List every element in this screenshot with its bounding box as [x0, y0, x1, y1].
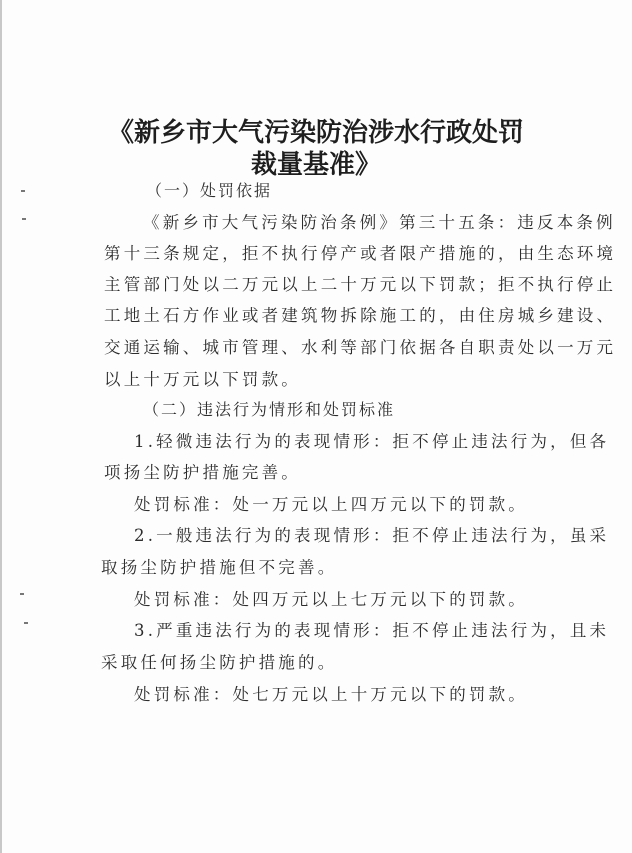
section1-heading: （一）处罚依据: [146, 178, 272, 201]
situation-line: 项扬尘防护措施完善。: [104, 459, 301, 483]
document-title-line2: 裁量基准》: [0, 144, 632, 181]
penalty-line: 处罚标准：处一万元以上四万元以下的罚款。: [134, 491, 528, 515]
paragraph-line: 交通运输、城市管理、水利等部门依据各自职责处以一万元: [104, 334, 616, 358]
paragraph-line: 以上十万元以下罚款。: [104, 366, 301, 390]
paragraph-line: 工地土石方作业或者建筑物拆除施工的，由住房城乡建设、: [104, 302, 616, 326]
situation-line: 取扬尘防护措施但不完善。: [101, 554, 337, 578]
section2-heading: （二）违法行为情形和处罚标准: [143, 397, 395, 420]
paragraph-line: 第十三条规定，拒不执行停产或者限产措施的，由生态环境: [104, 240, 616, 264]
paragraph-line: 《新乡市大气污染防治条例》第三十五条：违反本条例: [143, 209, 616, 233]
penalty-line: 处罚标准：处七万元以上十万元以下的罚款。: [134, 681, 528, 705]
situation-line: 采取任何扬尘防护措施的。: [101, 649, 337, 673]
situation-line: 2.一般违法行为的表现情形：拒不停止违法行为，虽采: [134, 522, 609, 546]
situation-line: 1.轻微违法行为的表现情形：拒不停止违法行为，但各: [134, 428, 609, 452]
paragraph-line: 主管部门处以二万元以上二十万元以下罚款；拒不执行停止: [104, 271, 616, 295]
binding-hole-mark: [22, 218, 26, 220]
penalty-line: 处罚标准：处四万元以上七万元以下的罚款。: [134, 586, 528, 610]
binding-hole-mark: [20, 593, 24, 595]
binding-hole-mark: [21, 190, 25, 192]
binding-hole-mark: [24, 622, 28, 624]
situation-line: 3.严重违法行为的表现情形：拒不停止违法行为，且未: [134, 617, 609, 641]
